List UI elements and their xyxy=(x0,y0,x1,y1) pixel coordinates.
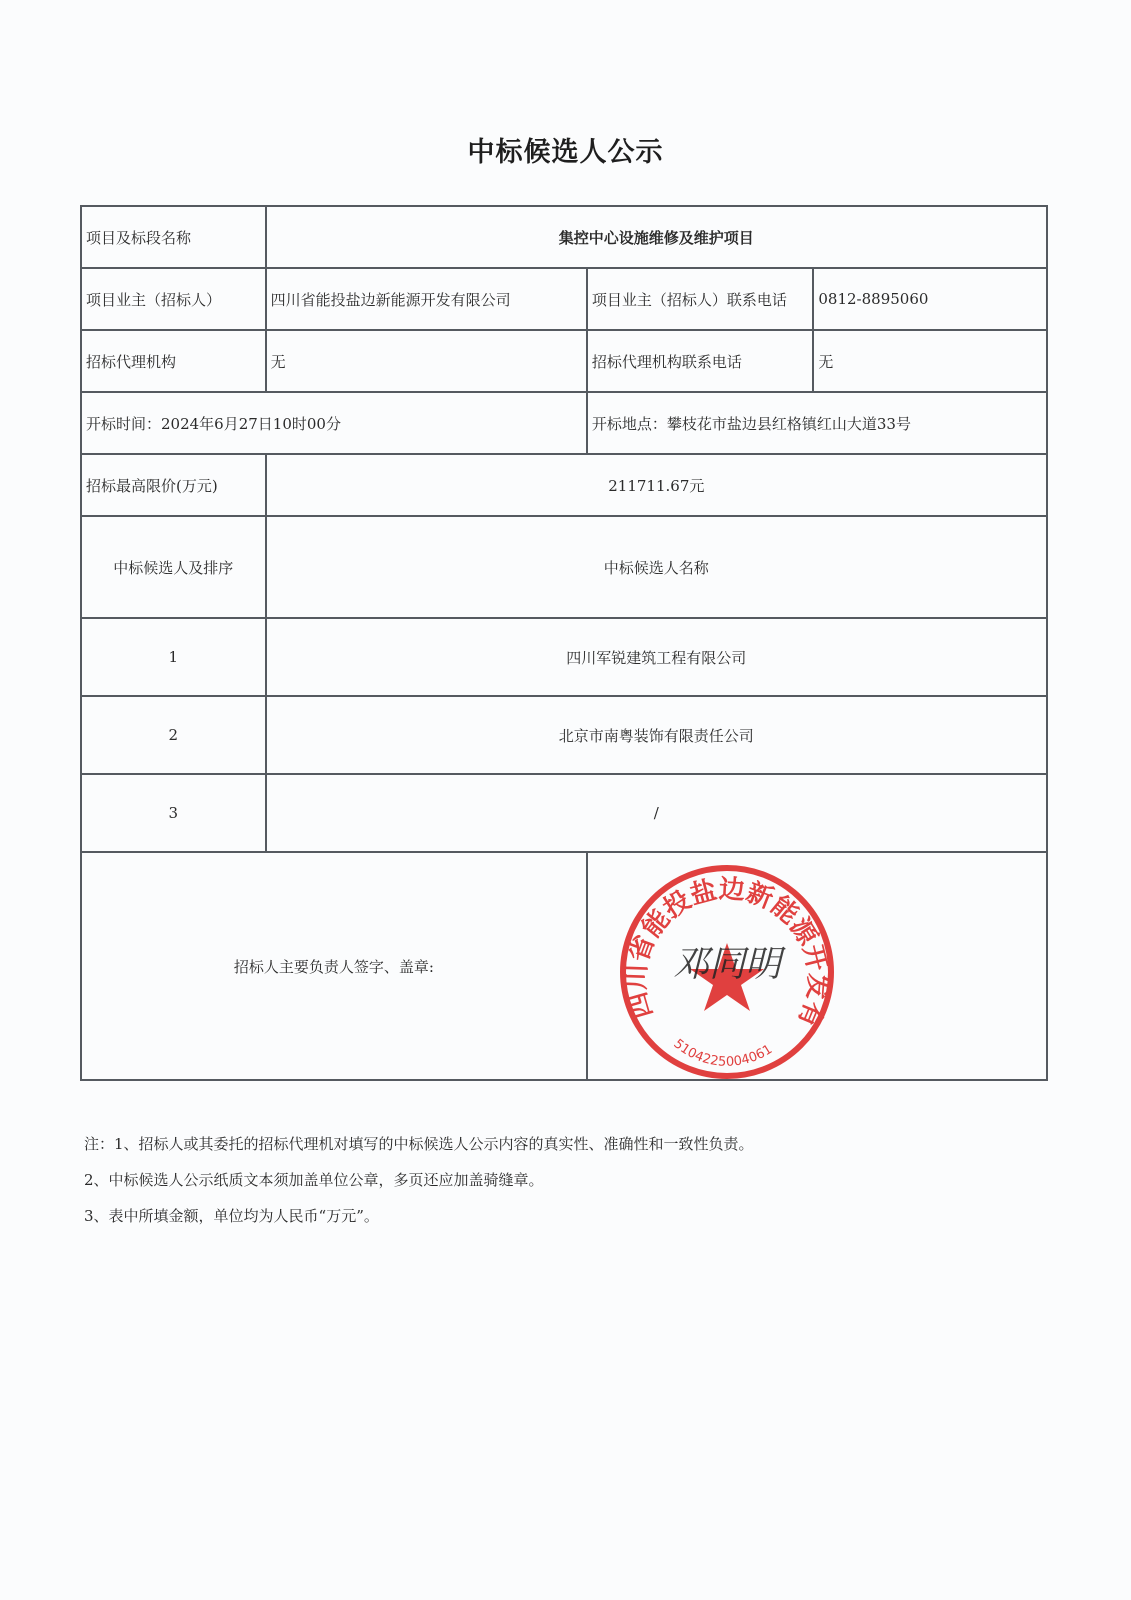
candidate-name: / xyxy=(266,774,1047,852)
note-3: 3、表中所填金额，单位均为人民币“万元”。 xyxy=(84,1198,754,1234)
candidate-rank: 2 xyxy=(81,696,266,774)
agent-label: 招标代理机构 xyxy=(81,330,266,392)
owner-label: 项目业主（招标人） xyxy=(81,268,266,330)
table-row: 招标人主要负责人签字、盖章: 四川省能投盐边新能源开发有限公司 51042250… xyxy=(81,852,1047,1080)
stamp-cell: 四川省能投盐边新能源开发有限公司 5104225004061 邓同明 xyxy=(587,852,1047,1080)
agent-value: 无 xyxy=(266,330,587,392)
company-seal-icon: 四川省能投盐边新能源开发有限公司 5104225004061 邓同明 xyxy=(616,861,838,1083)
owner-phone-value: 0812-8895060 xyxy=(813,268,1047,330)
candidate-rank: 1 xyxy=(81,618,266,696)
table-row: 1 四川军锐建筑工程有限公司 xyxy=(81,618,1047,696)
notes: 注：1、招标人或其委托的招标代理机对填写的中标候选人公示内容的真实性、准确性和一… xyxy=(84,1126,754,1234)
owner-value: 四川省能投盐边新能源开发有限公司 xyxy=(266,268,587,330)
owner-phone-label: 项目业主（招标人）联系电话 xyxy=(587,268,814,330)
table-row: 招标最高限价(万元) 211711.67元 xyxy=(81,454,1047,516)
announcement-table: 项目及标段名称 集控中心设施维修及维护项目 项目业主（招标人） 四川省能投盐边新… xyxy=(80,205,1048,1081)
name-header: 中标候选人名称 xyxy=(266,516,1047,618)
project-label: 项目及标段名称 xyxy=(81,206,266,268)
table-row: 中标候选人及排序 中标候选人名称 xyxy=(81,516,1047,618)
rank-header: 中标候选人及排序 xyxy=(81,516,266,618)
note-2: 2、中标候选人公示纸质文本须加盖单位公章，多页还应加盖骑缝章。 xyxy=(84,1162,754,1198)
page-title: 中标候选人公示 xyxy=(0,130,1131,169)
agent-phone-value: 无 xyxy=(813,330,1047,392)
table-row: 3 / xyxy=(81,774,1047,852)
open-place: 开标地点：攀枝花市盐边县红格镇红山大道33号 xyxy=(587,392,1047,454)
table-row: 项目及标段名称 集控中心设施维修及维护项目 xyxy=(81,206,1047,268)
max-price-value: 211711.67元 xyxy=(266,454,1047,516)
candidate-name: 四川军锐建筑工程有限公司 xyxy=(266,618,1047,696)
agent-phone-label: 招标代理机构联系电话 xyxy=(587,330,814,392)
table-row: 开标时间：2024年6月27日10时00分 开标地点：攀枝花市盐边县红格镇红山大… xyxy=(81,392,1047,454)
table-row: 2 北京市南粤装饰有限责任公司 xyxy=(81,696,1047,774)
max-price-label: 招标最高限价(万元) xyxy=(81,454,266,516)
note-1: 注：1、招标人或其委托的招标代理机对填写的中标候选人公示内容的真实性、准确性和一… xyxy=(84,1126,754,1162)
table-row: 招标代理机构 无 招标代理机构联系电话 无 xyxy=(81,330,1047,392)
sign-label: 招标人主要负责人签字、盖章: xyxy=(81,852,587,1080)
open-time: 开标时间：2024年6月27日10时00分 xyxy=(81,392,587,454)
project-value: 集控中心设施维修及维护项目 xyxy=(266,206,1047,268)
candidate-name: 北京市南粤装饰有限责任公司 xyxy=(266,696,1047,774)
signature: 邓同明 xyxy=(673,944,786,985)
table-row: 项目业主（招标人） 四川省能投盐边新能源开发有限公司 项目业主（招标人）联系电话… xyxy=(81,268,1047,330)
candidate-rank: 3 xyxy=(81,774,266,852)
